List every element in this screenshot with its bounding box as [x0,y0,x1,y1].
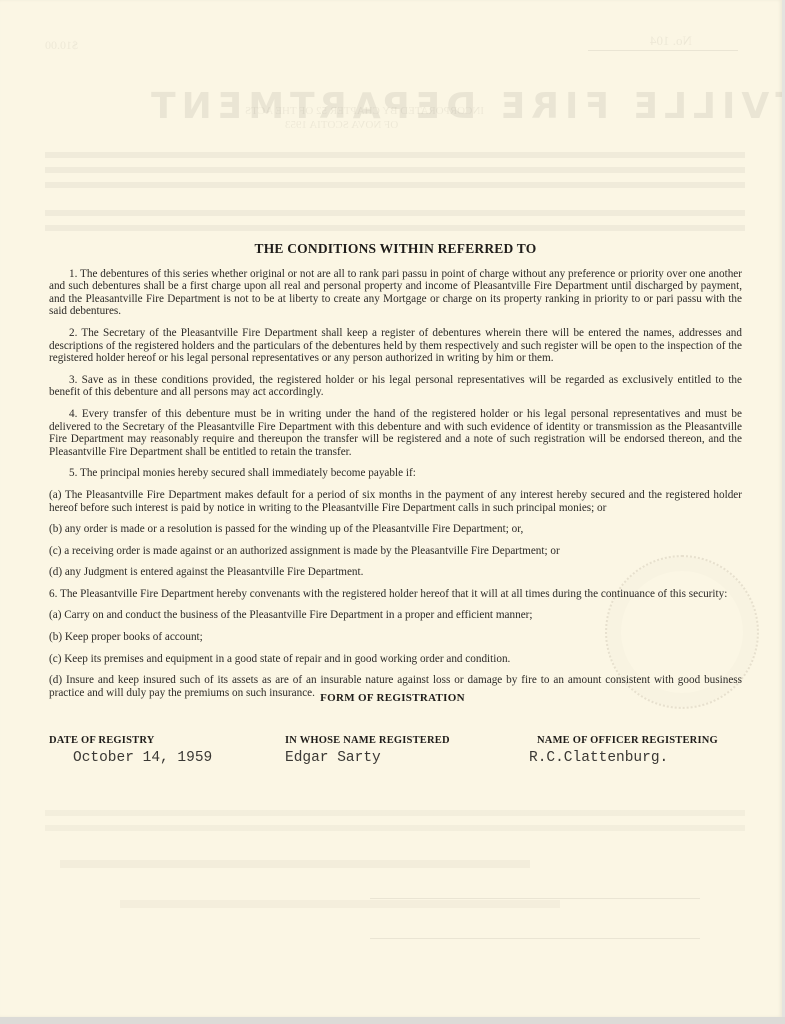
condition-5-item-a: (a) The Pleasantville Fire Department ma… [49,489,742,514]
condition-3: 3. Save as in these conditions provided,… [49,374,742,399]
condition-5-item-b: (b) any order is made or a resolution is… [49,523,742,536]
date-of-registry-label: DATE OF REGISTRY [49,735,155,746]
scan-bottom-edge [0,1017,785,1024]
bleed-through-paragraph [45,810,745,840]
bleed-through-paragraph [45,210,745,240]
condition-5-item-d: (d) any Judgment is entered against the … [49,566,742,579]
conditions-section: THE CONDITIONS WITHIN REFERRED TO 1. The… [49,243,742,708]
condition-4: 4. Every transfer of this debenture must… [49,408,742,458]
condition-6: 6. The Pleasantville Fire Department her… [49,588,742,601]
condition-6-item-c: (c) Keep its premises and equipment in a… [49,653,742,666]
condition-6-item-a: (a) Carry on and conduct the business of… [49,609,742,622]
bleed-through-line [60,860,530,868]
document-page: $10.00 No. 104 PLEASANTVILLE FIRE DEPART… [0,0,782,1017]
bleed-through-rule [370,898,700,899]
bleed-through-rule [588,50,738,51]
bleed-through-paragraph [45,152,745,197]
condition-5: 5. The principal monies hereby secured s… [49,467,742,480]
bleed-through-line [120,900,560,908]
registered-name-value: Edgar Sarty [285,750,381,766]
conditions-heading: THE CONDITIONS WITHIN REFERRED TO [49,243,742,256]
condition-2: 2. The Secretary of the Pleasantville Fi… [49,327,742,365]
officer-name-label: NAME OF OFFICER REGISTERING [537,735,718,746]
registration-form-title: FORM OF REGISTRATION [0,692,782,704]
date-of-registry-value: October 14, 1959 [73,750,212,766]
bleed-through-rule [370,938,700,939]
bleed-through-amount: $10.00 [45,38,78,53]
bleed-through-subtitle-2: OF NOVA SCOTIA 1953 [285,119,398,131]
officer-name-value: R.C.Clattenburg. [529,750,668,766]
condition-5-item-c: (c) a receiving order is made against or… [49,545,742,558]
bleed-through-subtitle-1: INCORPORATED BY CHAPTER 52 OF THE ACTS [245,105,484,117]
condition-1: 1. The debentures of this series whether… [49,268,742,318]
registered-name-label: IN WHOSE NAME REGISTERED [285,735,450,746]
bleed-through-number: No. 104 [650,33,692,49]
condition-6-item-b: (b) Keep proper books of account; [49,631,742,644]
